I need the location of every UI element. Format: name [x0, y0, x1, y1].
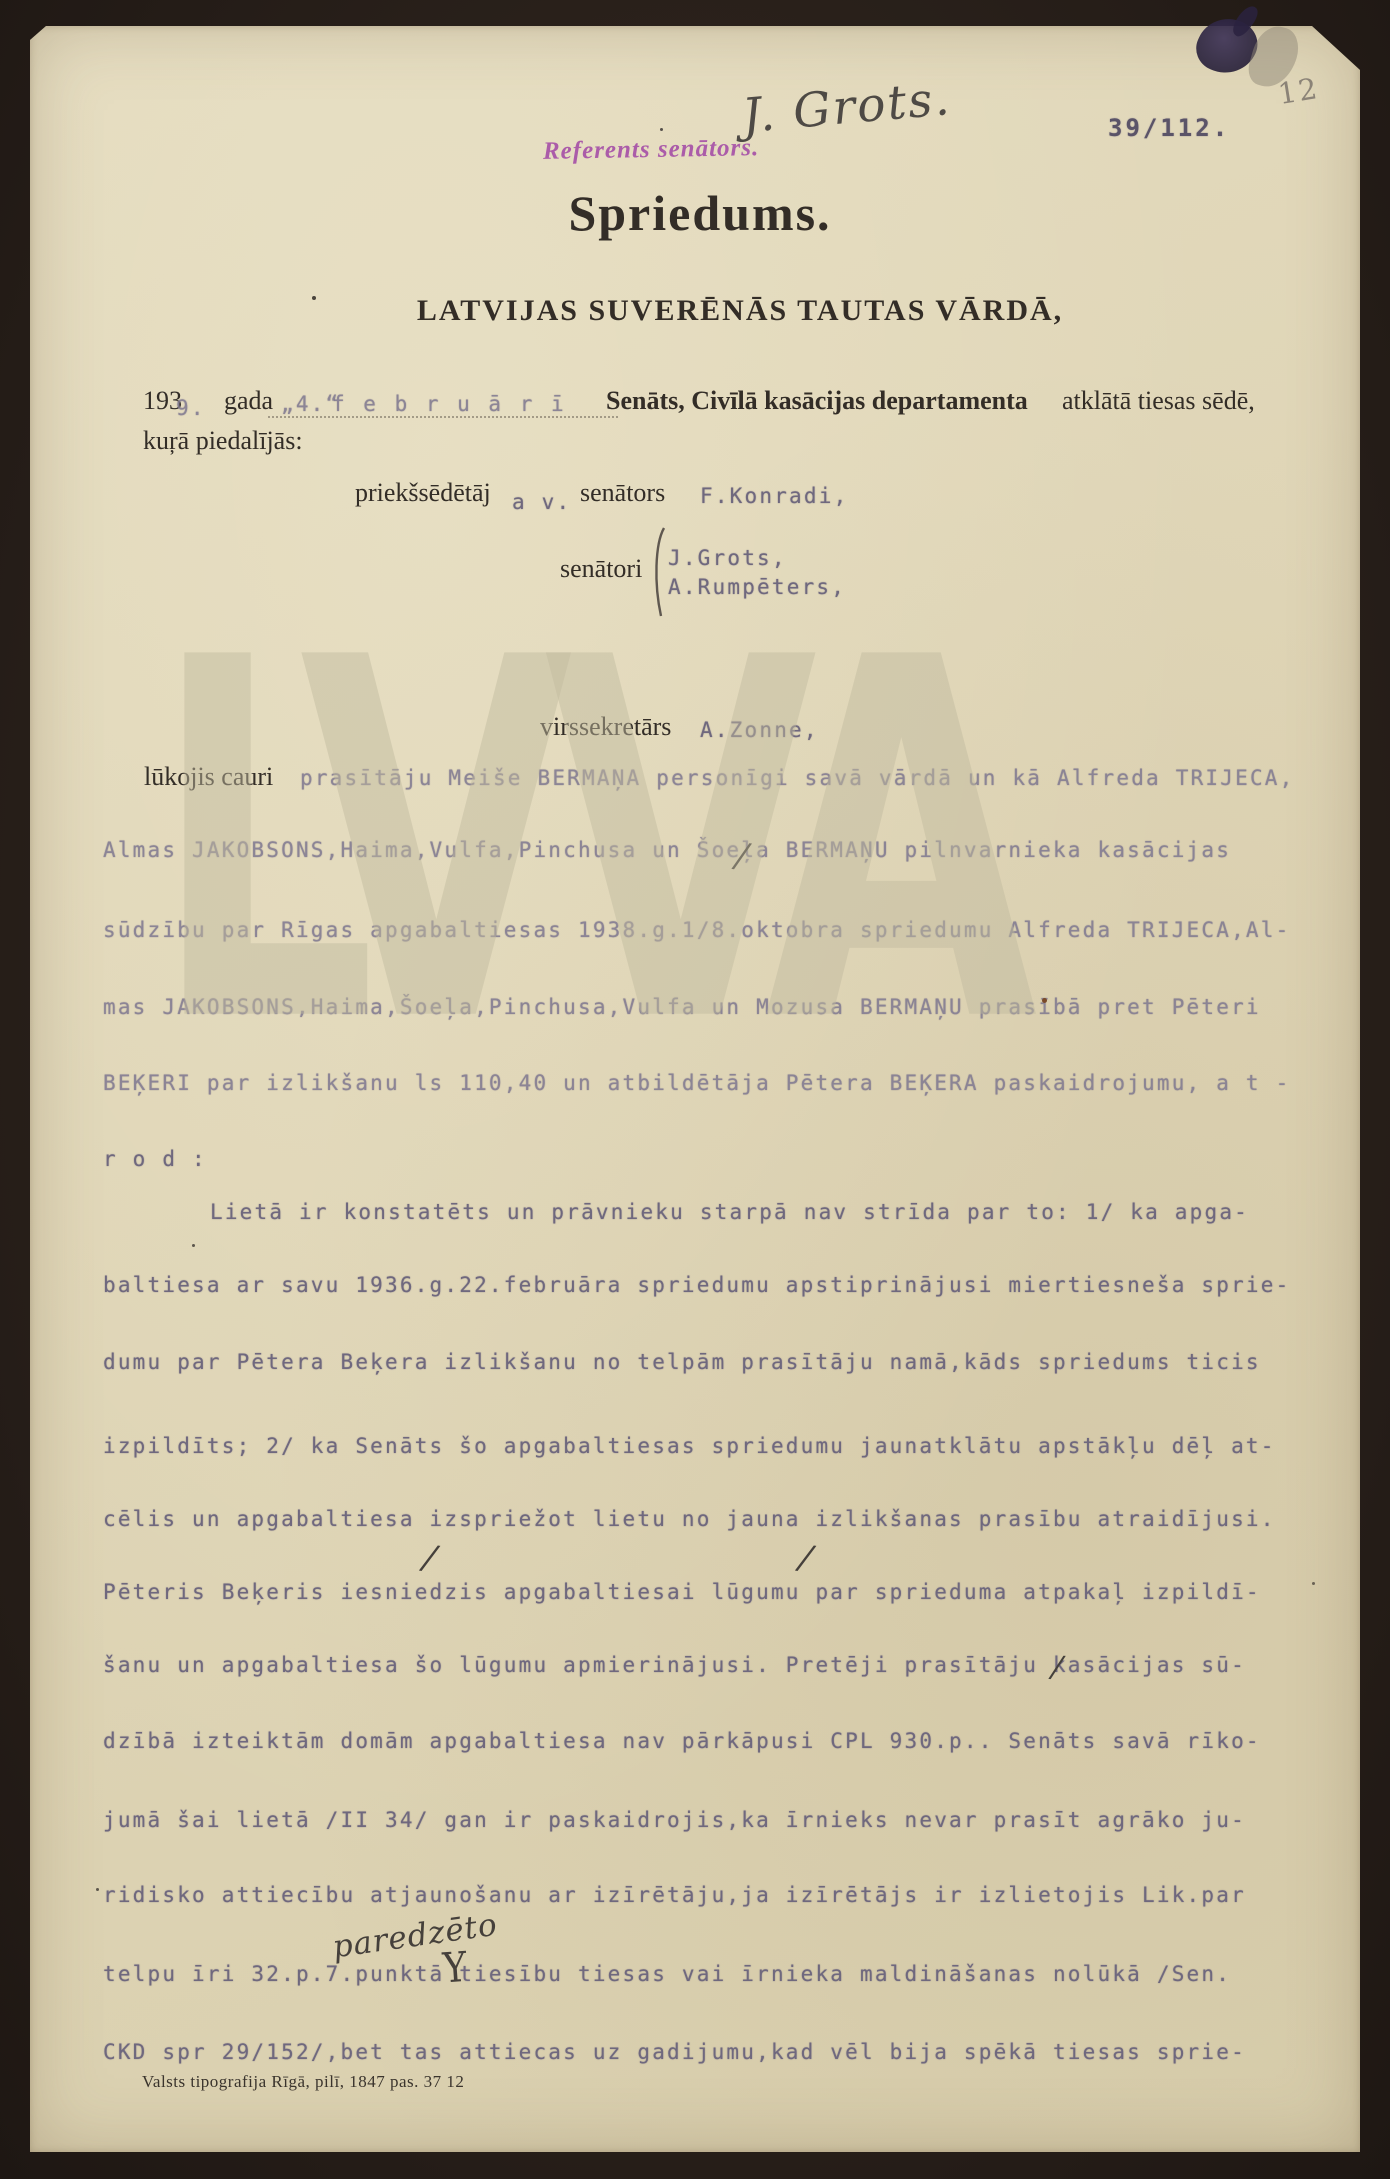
- secretary-label: virssekretārs: [540, 712, 671, 742]
- pencil-page-number: 12: [1276, 71, 1322, 111]
- body-line: CKD spr 29/152/,bet tas attiecas uz gadi…: [103, 2040, 1343, 2064]
- attended-line: kuŗā piedalījās:: [143, 426, 303, 456]
- body-line: dzībā izteiktām domām apgabaltiesa nav p…: [103, 1729, 1343, 1753]
- body-line: Pēteris Beķeris iesniedzis apgabaltiesai…: [103, 1580, 1343, 1604]
- secretary-name: A.Zonne,: [700, 718, 819, 742]
- body-line: cēlis un apgabaltiesa izspriežot lietu n…: [103, 1507, 1343, 1531]
- body-line: r o d :: [103, 1147, 1343, 1171]
- paper-speck: [192, 1244, 195, 1247]
- body-lead-printed: lūkojis cauri: [144, 762, 273, 792]
- body-line: sūdzību par Rīgas apgabaltiesas 1938.g.1…: [103, 918, 1343, 942]
- month-typed: f e b r u ā r ī: [332, 392, 567, 416]
- body-line: baltiesa ar savu 1936.g.22.februāra spri…: [103, 1273, 1343, 1297]
- court-name-bold: Senāts, Civīlā kasācijas departamenta: [606, 386, 1028, 416]
- body-line: ridisko attiecību atjaunošanu ar izīrētā…: [103, 1883, 1343, 1907]
- chairman-role: senātors: [580, 478, 665, 508]
- gada-label: gada: [224, 386, 273, 416]
- chairman-suffix-typed: a v.: [512, 490, 571, 514]
- body-line: mas JAKOBSONS,Haima,Šoeļa,Pinchusa,Vulfa…: [103, 995, 1343, 1019]
- printer-imprint: Valsts tipografija Rīgā, pilī, 1847 pas.…: [142, 2072, 464, 2092]
- body-line: Almas JAKOBSONS,Haima,Vulfa,Pinchusa un …: [103, 838, 1343, 862]
- referent-stamp: Referents senātors.: [543, 134, 760, 166]
- senators-brace: [650, 526, 670, 618]
- case-number: 39/112.: [1108, 114, 1230, 142]
- body-line: dumu par Pētera Beķera izlikšanu no telp…: [103, 1350, 1343, 1374]
- paper-speck: [1312, 1582, 1315, 1585]
- paper-speck: [1042, 998, 1047, 1003]
- document-title: Spriedums.: [380, 184, 1020, 242]
- body-line: šanu un apgabaltiesa šo lūgumu apmierinā…: [103, 1653, 1343, 1677]
- paper-speck: [660, 128, 663, 131]
- paper-speck: [312, 296, 316, 300]
- document-subtitle: LATVIJAS SUVERĒNĀS TAUTAS VĀRDĀ,: [320, 294, 1160, 328]
- paper-speck: [96, 1888, 99, 1891]
- court-session-tail: atklātā tiesas sēdē,: [1062, 386, 1255, 416]
- insert-caret-mark: Y: [441, 1944, 468, 1993]
- body-line: BEĶERI par izlikšanu ls 110,40 un atbild…: [103, 1071, 1343, 1095]
- body-lead-typed: prasītāju Meiše BERMAŅA personīgi savā v…: [300, 766, 1295, 790]
- chairman-label: priekšsēdētāj: [355, 478, 491, 508]
- senators-label: senātori: [560, 554, 642, 584]
- body-line: telpu īri 32.p.7.punktā tiesību tiesas v…: [103, 1962, 1343, 1986]
- year-typed: 9.: [176, 396, 206, 420]
- body-line: Lietā ir konstatēts un prāvnieku starpā …: [210, 1200, 1390, 1224]
- body-line: izpildīts; 2/ ka Senāts šo apgabaltiesas…: [103, 1434, 1343, 1458]
- body-line: jumā šai lietā /II 34/ gan ir paskaidroj…: [103, 1808, 1343, 1832]
- archival-photo-background: 12 39/112. Referents senātors. J. Grots.…: [0, 0, 1390, 2179]
- senator-name-2: A.Rumpēters,: [668, 575, 846, 599]
- chairman-name: F.Konradi,: [700, 484, 848, 508]
- senator-name-1: J.Grots,: [668, 546, 787, 570]
